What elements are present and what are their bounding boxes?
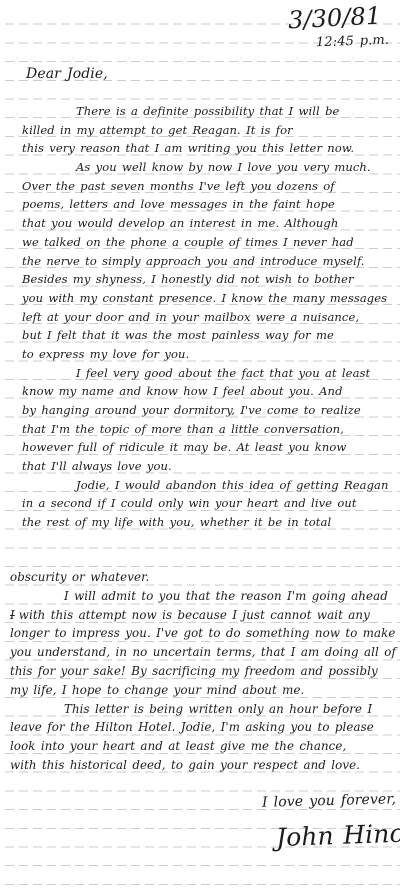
letter-line-text: Over the past seven months I've left you… <box>22 179 335 193</box>
letter-line: left at your door and in your mailbox we… <box>22 308 389 327</box>
letter-line-text: I will admit to you that the reason I'm … <box>64 589 388 603</box>
letter-line: but I felt that it was the most painless… <box>22 326 389 345</box>
scratch-mark: I <box>10 608 15 622</box>
letter-line: Besides my shyness, I honestly did not w… <box>22 270 389 289</box>
signature: John Hinckley <box>276 817 400 852</box>
letter-body-page2: obscurity or whatever. I will admit to y… <box>10 568 396 775</box>
letter-line: Iwith this attempt now is because I just… <box>10 606 396 625</box>
letter-line: however full of ridicule it may be. At l… <box>22 438 389 457</box>
letter-line-text: however full of ridicule it may be. At l… <box>22 440 346 454</box>
letter-line: the nerve to simply approach you and int… <box>22 252 389 271</box>
letter-line: I feel very good about the fact that you… <box>76 364 389 383</box>
letter-line: that I'm the topic of more than a little… <box>22 420 389 439</box>
letter-line: the rest of my life with you, whether it… <box>22 513 389 532</box>
letter-line: leave for the Hilton Hotel. Jodie, I'm a… <box>10 718 396 737</box>
letter-line-text: obscurity or whatever. <box>10 570 149 584</box>
letter-line-text: killed in my attempt to get Reagan. It i… <box>22 123 293 137</box>
letter-line-text: leave for the Hilton Hotel. Jodie, I'm a… <box>10 720 374 734</box>
letter-line-text: that I'll always love you. <box>22 459 172 473</box>
letter-line-text: this for your sake! By sacrificing my fr… <box>10 664 378 678</box>
letter-line: by hanging around your dormitory, I've c… <box>22 401 389 420</box>
letter-line-text: but I felt that it was the most painless… <box>22 328 334 342</box>
letter-line: this very reason that I am writing you t… <box>22 139 389 158</box>
letter-line-text: left at your door and in your mailbox we… <box>22 310 359 324</box>
letter-line: poems, letters and love messages in the … <box>22 195 389 214</box>
letter-time: 12:45 p.m. <box>316 33 389 51</box>
letter-line-text: There is a definite possibility that I w… <box>76 104 339 118</box>
letter-line: with this historical deed, to gain your … <box>10 756 396 775</box>
letter-line-text: This letter is being written only an hou… <box>64 702 372 716</box>
letter-line-text: with this attempt now is because I just … <box>19 608 370 622</box>
letter-line: Jodie, I would abandon this idea of gett… <box>76 476 389 495</box>
letter-line: As you well know by now I love you very … <box>76 158 389 177</box>
letter-line: to express my love for you. <box>22 345 389 364</box>
letter-line: obscurity or whatever. <box>10 568 396 587</box>
letter-line-text: know my name and know how I feel about y… <box>22 384 343 398</box>
letter-line-text: Besides my shyness, I honestly did not w… <box>22 272 354 286</box>
letter-line-text: longer to impress you. I've got to do so… <box>10 626 396 640</box>
letter-line: This letter is being written only an hou… <box>64 700 396 719</box>
letter-line: that I'll always love you. <box>22 457 389 476</box>
letter-line-text: the nerve to simply approach you and int… <box>22 254 365 268</box>
letter-line-text: to express my love for you. <box>22 347 189 361</box>
letter-line: that you would develop an interest in me… <box>22 214 389 233</box>
letter-line: look into your heart and at least give m… <box>10 737 396 756</box>
letter-body-page1: There is a definite possibility that I w… <box>22 102 389 532</box>
letter-line: killed in my attempt to get Reagan. It i… <box>22 121 389 140</box>
letter-line-text: As you well know by now I love you very … <box>76 160 371 174</box>
letter-line: you understand, in no uncertain terms, t… <box>10 643 396 662</box>
letter-line-text: look into your heart and at least give m… <box>10 739 346 753</box>
letter-line: we talked on the phone a couple of times… <box>22 233 389 252</box>
letter-line: There is a definite possibility that I w… <box>76 102 389 121</box>
letter-line-text: this very reason that I am writing you t… <box>22 141 354 155</box>
letter-line-text: Jodie, I would abandon this idea of gett… <box>76 478 389 492</box>
handwritten-letter-page: 3/30/81 12:45 p.m. Dear Jodie, There is … <box>0 0 400 892</box>
letter-line-text: that I'm the topic of more than a little… <box>22 422 344 436</box>
letter-line: you with my constant presence. I know th… <box>22 289 389 308</box>
letter-line-text: in a second if I could only win your hea… <box>22 496 357 510</box>
letter-line-text: by hanging around your dormitory, I've c… <box>22 403 361 417</box>
letter-line-text: poems, letters and love messages in the … <box>22 197 335 211</box>
letter-line: my life, I hope to change your mind abou… <box>10 681 396 700</box>
letter-line: longer to impress you. I've got to do so… <box>10 624 396 643</box>
letter-line-text: my life, I hope to change your mind abou… <box>10 683 304 697</box>
letter-line: I will admit to you that the reason I'm … <box>64 587 396 606</box>
letter-line-text: that you would develop an interest in me… <box>22 216 338 230</box>
letter-line: Over the past seven months I've left you… <box>22 177 389 196</box>
letter-line: in a second if I could only win your hea… <box>22 494 389 513</box>
letter-line-text: with this historical deed, to gain your … <box>10 758 360 772</box>
letter-line-text: I feel very good about the fact that you… <box>76 366 370 380</box>
letter-line-text: you understand, in no uncertain terms, t… <box>10 645 396 659</box>
letter-line-text: you with my constant presence. I know th… <box>22 291 387 305</box>
letter-line-text: we talked on the phone a couple of times… <box>22 235 354 249</box>
letter-line-text: the rest of my life with you, whether it… <box>22 515 331 529</box>
letter-line: this for your sake! By sacrificing my fr… <box>10 662 396 681</box>
letter-date: 3/30/81 <box>287 2 382 35</box>
letter-line: know my name and know how I feel about y… <box>22 382 389 401</box>
salutation: Dear Jodie, <box>26 66 108 82</box>
